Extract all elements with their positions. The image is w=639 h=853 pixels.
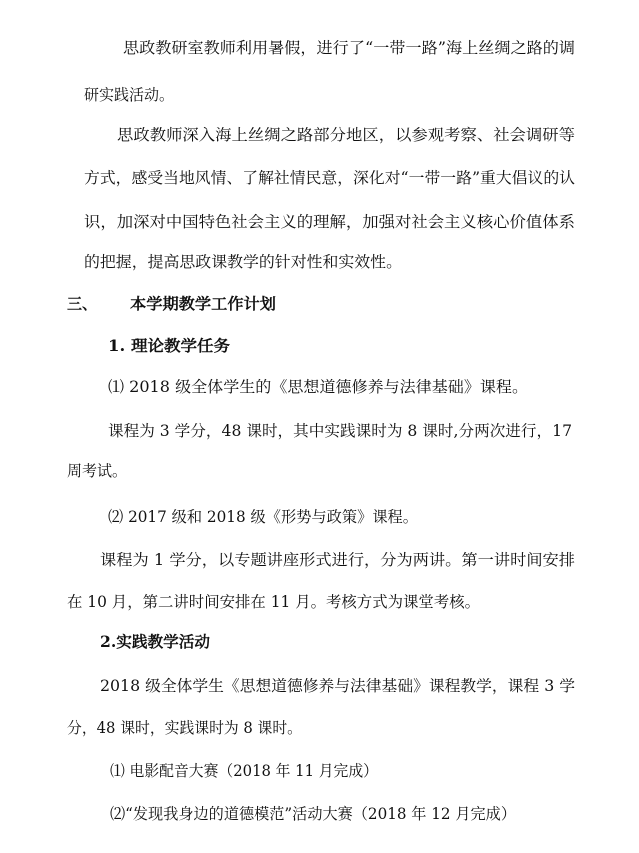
paragraph-line: 识，加深对中国特色社会主义的理解，加强对社会主义核心价值体系 [84, 211, 575, 233]
paragraph-line: ⑵ 2017 级和 2018 级《形势与政策》课程。 [108, 506, 418, 528]
paragraph-line: 方式，感受当地风情、了解社情民意，深化对“一带一路”重大倡议的认 [84, 167, 575, 189]
section-heading: 本学期教学工作计划 [130, 293, 276, 315]
paragraph-line: 研实践活动。 [84, 84, 174, 106]
paragraph-line: 课程为 3 学分，48 课时，其中实践课时为 8 课时,分两次进行，17 [108, 420, 572, 442]
paragraph-line: 2018 级全体学生《思想道德修养与法律基础》课程教学，课程 3 学 [100, 675, 575, 697]
paragraph-line: ⑵“发现我身边的道德模范”活动大赛（2018 年 12 月完成） [110, 803, 516, 825]
paragraph-line: ⑴ 2018 级全体学生的《思想道德修养与法律基础》课程。 [108, 376, 528, 398]
section-heading: 2.实践教学活动 [100, 631, 210, 653]
paragraph-line: ⑴ 电影配音大赛（2018 年 11 月完成） [110, 760, 378, 782]
paragraph-line: 课程为 1 学分，以专题讲座形式进行，分为两讲。第一讲时间安排 [100, 549, 575, 571]
section-heading: 三、 [67, 293, 97, 315]
paragraph-line: 周考试。 [67, 460, 127, 482]
paragraph-line: 在 10 月，第二讲时间安排在 11 月。考核方式为课堂考核。 [67, 591, 480, 613]
paragraph-line: 的把握，提高思政课教学的针对性和实效性。 [84, 251, 402, 273]
section-heading: 1. 理论教学任务 [108, 335, 230, 357]
paragraph-line: 思政教研室教师利用暑假，进行了“一带一路”海上丝绸之路的调 [123, 37, 575, 59]
paragraph-line: 思政教师深入海上丝绸之路部分地区，以参观考察、社会调研等 [117, 124, 575, 146]
paragraph-line: 分，48 课时，实践课时为 8 课时。 [67, 717, 302, 739]
